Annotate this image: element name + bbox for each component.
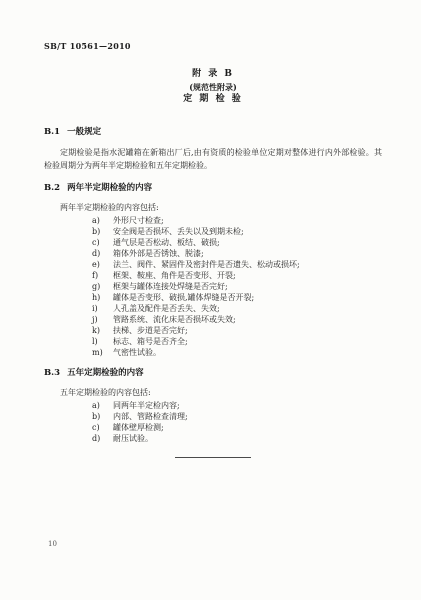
- item-label: d): [92, 248, 113, 259]
- appendix-subtitle: (规范性附录): [44, 81, 382, 93]
- item-text: 罐体是否变形、破损,罐体焊缝是否开裂;: [113, 292, 254, 303]
- section-b2-title: 两年半定期检验的内容: [67, 183, 152, 193]
- item-label: f): [92, 270, 113, 281]
- item-label: d): [92, 433, 113, 444]
- appendix-title: 附 录 B: [44, 68, 382, 81]
- section-b3-item-list: a) 同两年半定检内容; b) 内部、管路检查清理; c) 罐体壁厚检测; d)…: [44, 400, 382, 444]
- list-item: b) 安全阀是否损坏、丢失以及到期未检;: [92, 226, 382, 237]
- list-item: f) 框架、鞍座、角件是否变形、开裂;: [92, 270, 382, 281]
- item-label: a): [92, 400, 113, 411]
- item-label: a): [92, 215, 113, 226]
- list-item: h) 罐体是否变形、破损,罐体焊缝是否开裂;: [92, 292, 382, 303]
- item-text: 框架、鞍座、角件是否变形、开裂;: [113, 270, 236, 281]
- item-text: 耐压试验。: [113, 433, 153, 444]
- item-label: m): [92, 347, 113, 358]
- document-page: SB/T 10561—2010 附 录 B (规范性附录) 定 期 检 验 B.…: [0, 0, 421, 600]
- appendix-name: 定 期 检 验: [44, 93, 382, 106]
- list-item: c) 通气层是否松动、板结、破损;: [92, 237, 382, 248]
- item-label: h): [92, 292, 113, 303]
- item-label: i): [92, 303, 113, 314]
- item-label: l): [92, 336, 113, 347]
- item-text: 法兰、阀件、紧固件及密封件是否遗失、松动或损坏;: [113, 259, 300, 270]
- item-text: 通气层是否松动、板结、破损;: [113, 237, 220, 248]
- item-label: b): [92, 226, 113, 237]
- item-label: c): [92, 237, 113, 248]
- section-b2-item-list: a) 外形尺寸检查; b) 安全阀是否损坏、丢失以及到期未检; c) 通气层是否…: [44, 215, 382, 358]
- item-text: 安全阀是否损坏、丢失以及到期未检;: [113, 226, 244, 237]
- list-item: k) 扶梯、步道是否完好;: [92, 325, 382, 336]
- item-label: k): [92, 325, 113, 336]
- section-b2-number: B.2: [44, 183, 60, 193]
- item-label: g): [92, 281, 113, 292]
- section-b1-title: 一般规定: [67, 127, 101, 137]
- list-item: c) 罐体壁厚检测;: [92, 422, 382, 433]
- item-text: 同两年半定检内容;: [113, 400, 180, 411]
- section-b1-heading: B.1一般规定: [44, 127, 382, 138]
- list-item: e) 法兰、阀件、紧固件及密封件是否遗失、松动或损坏;: [92, 259, 382, 270]
- item-label: e): [92, 259, 113, 270]
- document-end-rule: [175, 457, 251, 458]
- section-b2-intro: 两年半定期检验的内容包括:: [44, 202, 382, 213]
- item-text: 内部、管路检查清理;: [113, 411, 188, 422]
- page-number: 10: [48, 540, 57, 548]
- item-text: 气密性试验。: [113, 347, 161, 358]
- section-b2-heading: B.2两年半定期检验的内容: [44, 183, 382, 194]
- item-text: 箱体外部是否锈蚀、脱漆;: [113, 248, 204, 259]
- section-b3-heading: B.3五年定期检验的内容: [44, 368, 382, 379]
- list-item: l) 标志、箱号是否齐全;: [92, 336, 382, 347]
- section-b1-number: B.1: [44, 127, 60, 137]
- item-text: 罐体壁厚检测;: [113, 422, 164, 433]
- item-label: b): [92, 411, 113, 422]
- list-item: a) 同两年半定检内容;: [92, 400, 382, 411]
- list-item: b) 内部、管路检查清理;: [92, 411, 382, 422]
- section-b3-intro: 五年定期检验的内容包括:: [44, 387, 382, 398]
- item-text: 人孔盖及配件是否丢失、失效;: [113, 303, 220, 314]
- document-content: 附 录 B (规范性附录) 定 期 检 验 B.1一般规定 定期检验是指水泥罐箱…: [44, 68, 382, 458]
- item-text: 扶梯、步道是否完好;: [113, 325, 188, 336]
- list-item: g) 框架与罐体连接处焊缝是否完好;: [92, 281, 382, 292]
- list-item: m) 气密性试验。: [92, 347, 382, 358]
- item-label: j): [92, 314, 113, 325]
- list-item: j) 管路系统、流化床是否损坏或失效;: [92, 314, 382, 325]
- list-item: i) 人孔盖及配件是否丢失、失效;: [92, 303, 382, 314]
- section-b3-number: B.3: [44, 368, 60, 378]
- item-label: c): [92, 422, 113, 433]
- list-item: d) 耐压试验。: [92, 433, 382, 444]
- item-text: 框架与罐体连接处焊缝是否完好;: [113, 281, 228, 292]
- item-text: 管路系统、流化床是否损坏或失效;: [113, 314, 236, 325]
- appendix-heading-block: 附 录 B (规范性附录) 定 期 检 验: [44, 68, 382, 106]
- standard-code: SB/T 10561—2010: [44, 41, 131, 51]
- list-item: d) 箱体外部是否锈蚀、脱漆;: [92, 248, 382, 259]
- section-b3-title: 五年定期检验的内容: [67, 368, 144, 378]
- list-item: a) 外形尺寸检查;: [92, 215, 382, 226]
- item-text: 外形尺寸检查;: [113, 215, 164, 226]
- section-b1-paragraph: 定期检验是指水泥罐箱在新箱出厂后,由有资质的检验单位定期对整体进行内外部检验。其…: [44, 146, 382, 172]
- item-text: 标志、箱号是否齐全;: [113, 336, 188, 347]
